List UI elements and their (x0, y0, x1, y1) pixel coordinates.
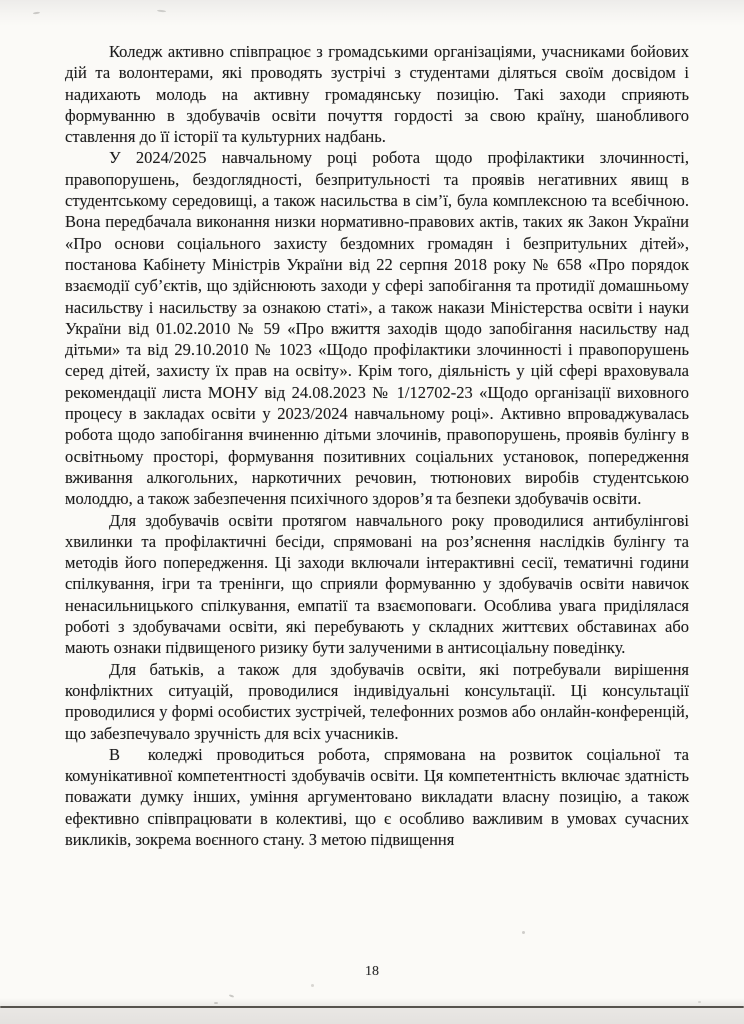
paragraph-antibullying-activities: Для здобувачів освіти протягом навчально… (65, 510, 689, 659)
document-body: Коледж активно співпрацює з громадськими… (65, 41, 689, 850)
scan-top-shading (0, 0, 744, 26)
scan-speck (698, 1001, 701, 1003)
scan-speck (157, 10, 166, 13)
scanner-background-strip (0, 1008, 744, 1024)
paragraph-crime-prevention-legal-acts: У 2024/2025 навчальному році робота щодо… (65, 147, 689, 509)
scan-speck (214, 1002, 218, 1004)
paragraph-parent-consultations: Для батьків, а також для здобувачів осві… (65, 659, 689, 744)
scanned-document-page: Коледж активно співпрацює з громадськими… (0, 0, 744, 1024)
scan-speck (522, 931, 525, 934)
paragraph-community-cooperation: Коледж активно співпрацює з громадськими… (65, 41, 689, 147)
scan-speck (33, 12, 40, 15)
scan-bottom-smudge (0, 998, 744, 1006)
page-number: 18 (0, 964, 744, 980)
scan-speck (311, 984, 314, 987)
paragraph-social-competence: В коледжі проводиться робота, спрямована… (65, 744, 689, 850)
